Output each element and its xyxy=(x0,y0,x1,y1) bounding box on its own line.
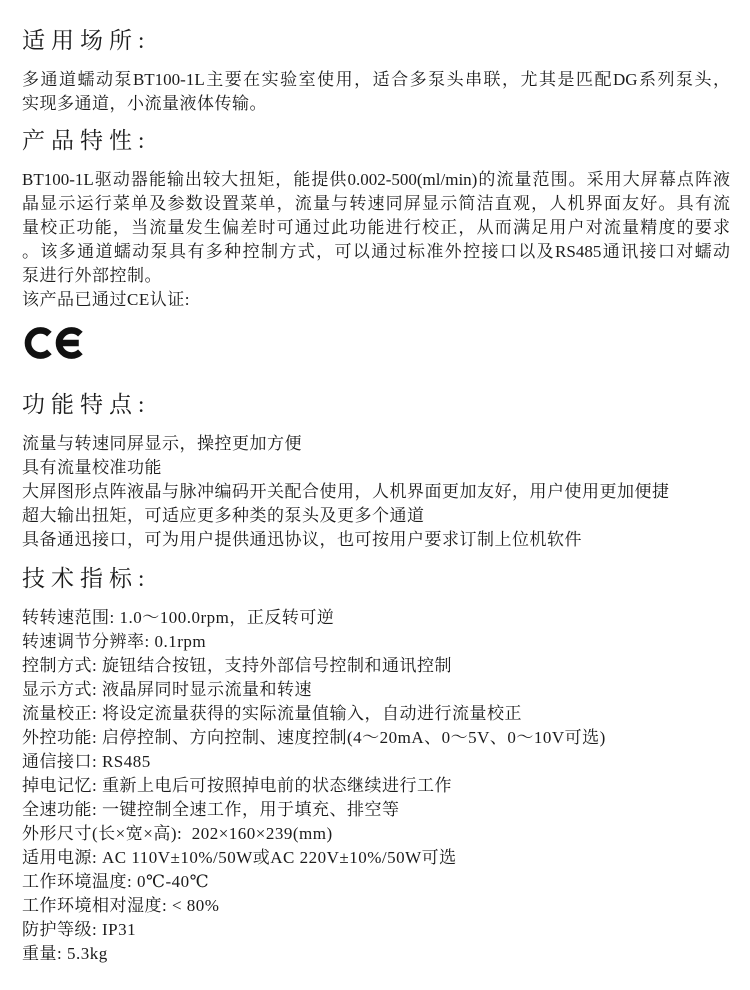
paragraph-line: 该产品已通过CE认证: xyxy=(22,288,730,312)
section-usage: 适用场所: 多通道蠕动泵BT100-1L主要在实验室使用，适合多泵头串联，尤其是… xyxy=(22,26,730,116)
feature-line: 具有流量校准功能 xyxy=(22,456,730,480)
section-product-features: 产品特性: BT100-1L驱动器能输出较大扭矩，能提供0.002-500(ml… xyxy=(22,126,730,366)
usage-heading: 适用场所: xyxy=(22,26,730,56)
paragraph-line: 实现多通道，小流量液体传输。 xyxy=(22,92,730,116)
spec-line: 转转速范围: 1.0～100.0rpm，正反转可逆 xyxy=(22,606,730,630)
paragraph-line: 量校正功能，当流量发生偏差时可通过此功能进行校正，从而满足用户对流量精度的要求 xyxy=(22,216,730,240)
function-heading: 功能特点: xyxy=(22,390,730,420)
paragraph-line: BT100-1L驱动器能输出较大扭矩，能提供0.002-500(ml/min)的… xyxy=(22,168,730,192)
tech-spec-list: 转转速范围: 1.0～100.0rpm，正反转可逆 转速调节分辨率: 0.1rp… xyxy=(22,606,730,966)
spec-line: 转速调节分辨率: 0.1rpm xyxy=(22,630,730,654)
function-feature-list: 流量与转速同屏显示，操控更加方便 具有流量校准功能 大屏图形点阵液晶与脉冲编码开… xyxy=(22,432,730,552)
spec-line: 防护等级: IP31 xyxy=(22,918,730,942)
product-paragraph: BT100-1L驱动器能输出较大扭矩，能提供0.002-500(ml/min)的… xyxy=(22,168,730,312)
section-function-features: 功能特点: 流量与转速同屏显示，操控更加方便 具有流量校准功能 大屏图形点阵液晶… xyxy=(22,390,730,552)
feature-line: 具备通迅接口，可为用户提供通迅协议，也可按用户要求订制上位机软件 xyxy=(22,528,730,552)
spec-line: 工作环境温度: 0℃-40℃ xyxy=(22,870,730,894)
ce-certification-icon xyxy=(24,320,88,366)
spec-line: 外形尺寸(长×宽×高): 202×160×239(mm) xyxy=(22,822,730,846)
spec-line: 外控功能: 启停控制、方向控制、速度控制(4～20mA、0～5V、0～10V可选… xyxy=(22,726,730,750)
paragraph-line: 多通道蠕动泵BT100-1L主要在实验室使用，适合多泵头串联，尤其是匹配DG系列… xyxy=(22,68,730,92)
spec-line: 控制方式: 旋钮结合按钮，支持外部信号控制和通讯控制 xyxy=(22,654,730,678)
spec-line: 显示方式: 液晶屏同时显示流量和转速 xyxy=(22,678,730,702)
tech-heading: 技术指标: xyxy=(22,564,730,594)
spec-line: 流量校正: 将设定流量获得的实际流量值输入，自动进行流量校正 xyxy=(22,702,730,726)
spec-line: 掉电记忆: 重新上电后可按照掉电前的状态继续进行工作 xyxy=(22,774,730,798)
spec-line: 重量: 5.3kg xyxy=(22,942,730,966)
spec-line: 通信接口: RS485 xyxy=(22,750,730,774)
feature-line: 流量与转速同屏显示，操控更加方便 xyxy=(22,432,730,456)
paragraph-line: 泵进行外部控制。 xyxy=(22,264,730,288)
section-technical-specs: 技术指标: 转转速范围: 1.0～100.0rpm，正反转可逆 转速调节分辨率:… xyxy=(22,564,730,966)
product-heading: 产品特性: xyxy=(22,126,730,156)
spec-line: 全速功能: 一键控制全速工作，用于填充、排空等 xyxy=(22,798,730,822)
paragraph-line: 。该多通道蠕动泵具有多种控制方式，可以通过标准外控接口以及RS485通讯接口对蠕… xyxy=(22,240,730,264)
usage-paragraph: 多通道蠕动泵BT100-1L主要在实验室使用，适合多泵头串联，尤其是匹配DG系列… xyxy=(22,68,730,116)
document-page: 适用场所: 多通道蠕动泵BT100-1L主要在实验室使用，适合多泵头串联，尤其是… xyxy=(0,0,750,990)
paragraph-line: 晶显示运行菜单及参数设置菜单，流量与转速同屏显示简洁直观，人机界面友好。具有流 xyxy=(22,192,730,216)
spec-line: 适用电源: AC 110V±10%/50W或AC 220V±10%/50W可选 xyxy=(22,846,730,870)
feature-line: 大屏图形点阵液晶与脉冲编码开关配合使用，人机界面更加友好，用户使用更加便捷 xyxy=(22,480,730,504)
spec-line: 工作环境相对湿度: < 80% xyxy=(22,894,730,918)
feature-line: 超大输出扭矩，可适应更多种类的泵头及更多个通道 xyxy=(22,504,730,528)
